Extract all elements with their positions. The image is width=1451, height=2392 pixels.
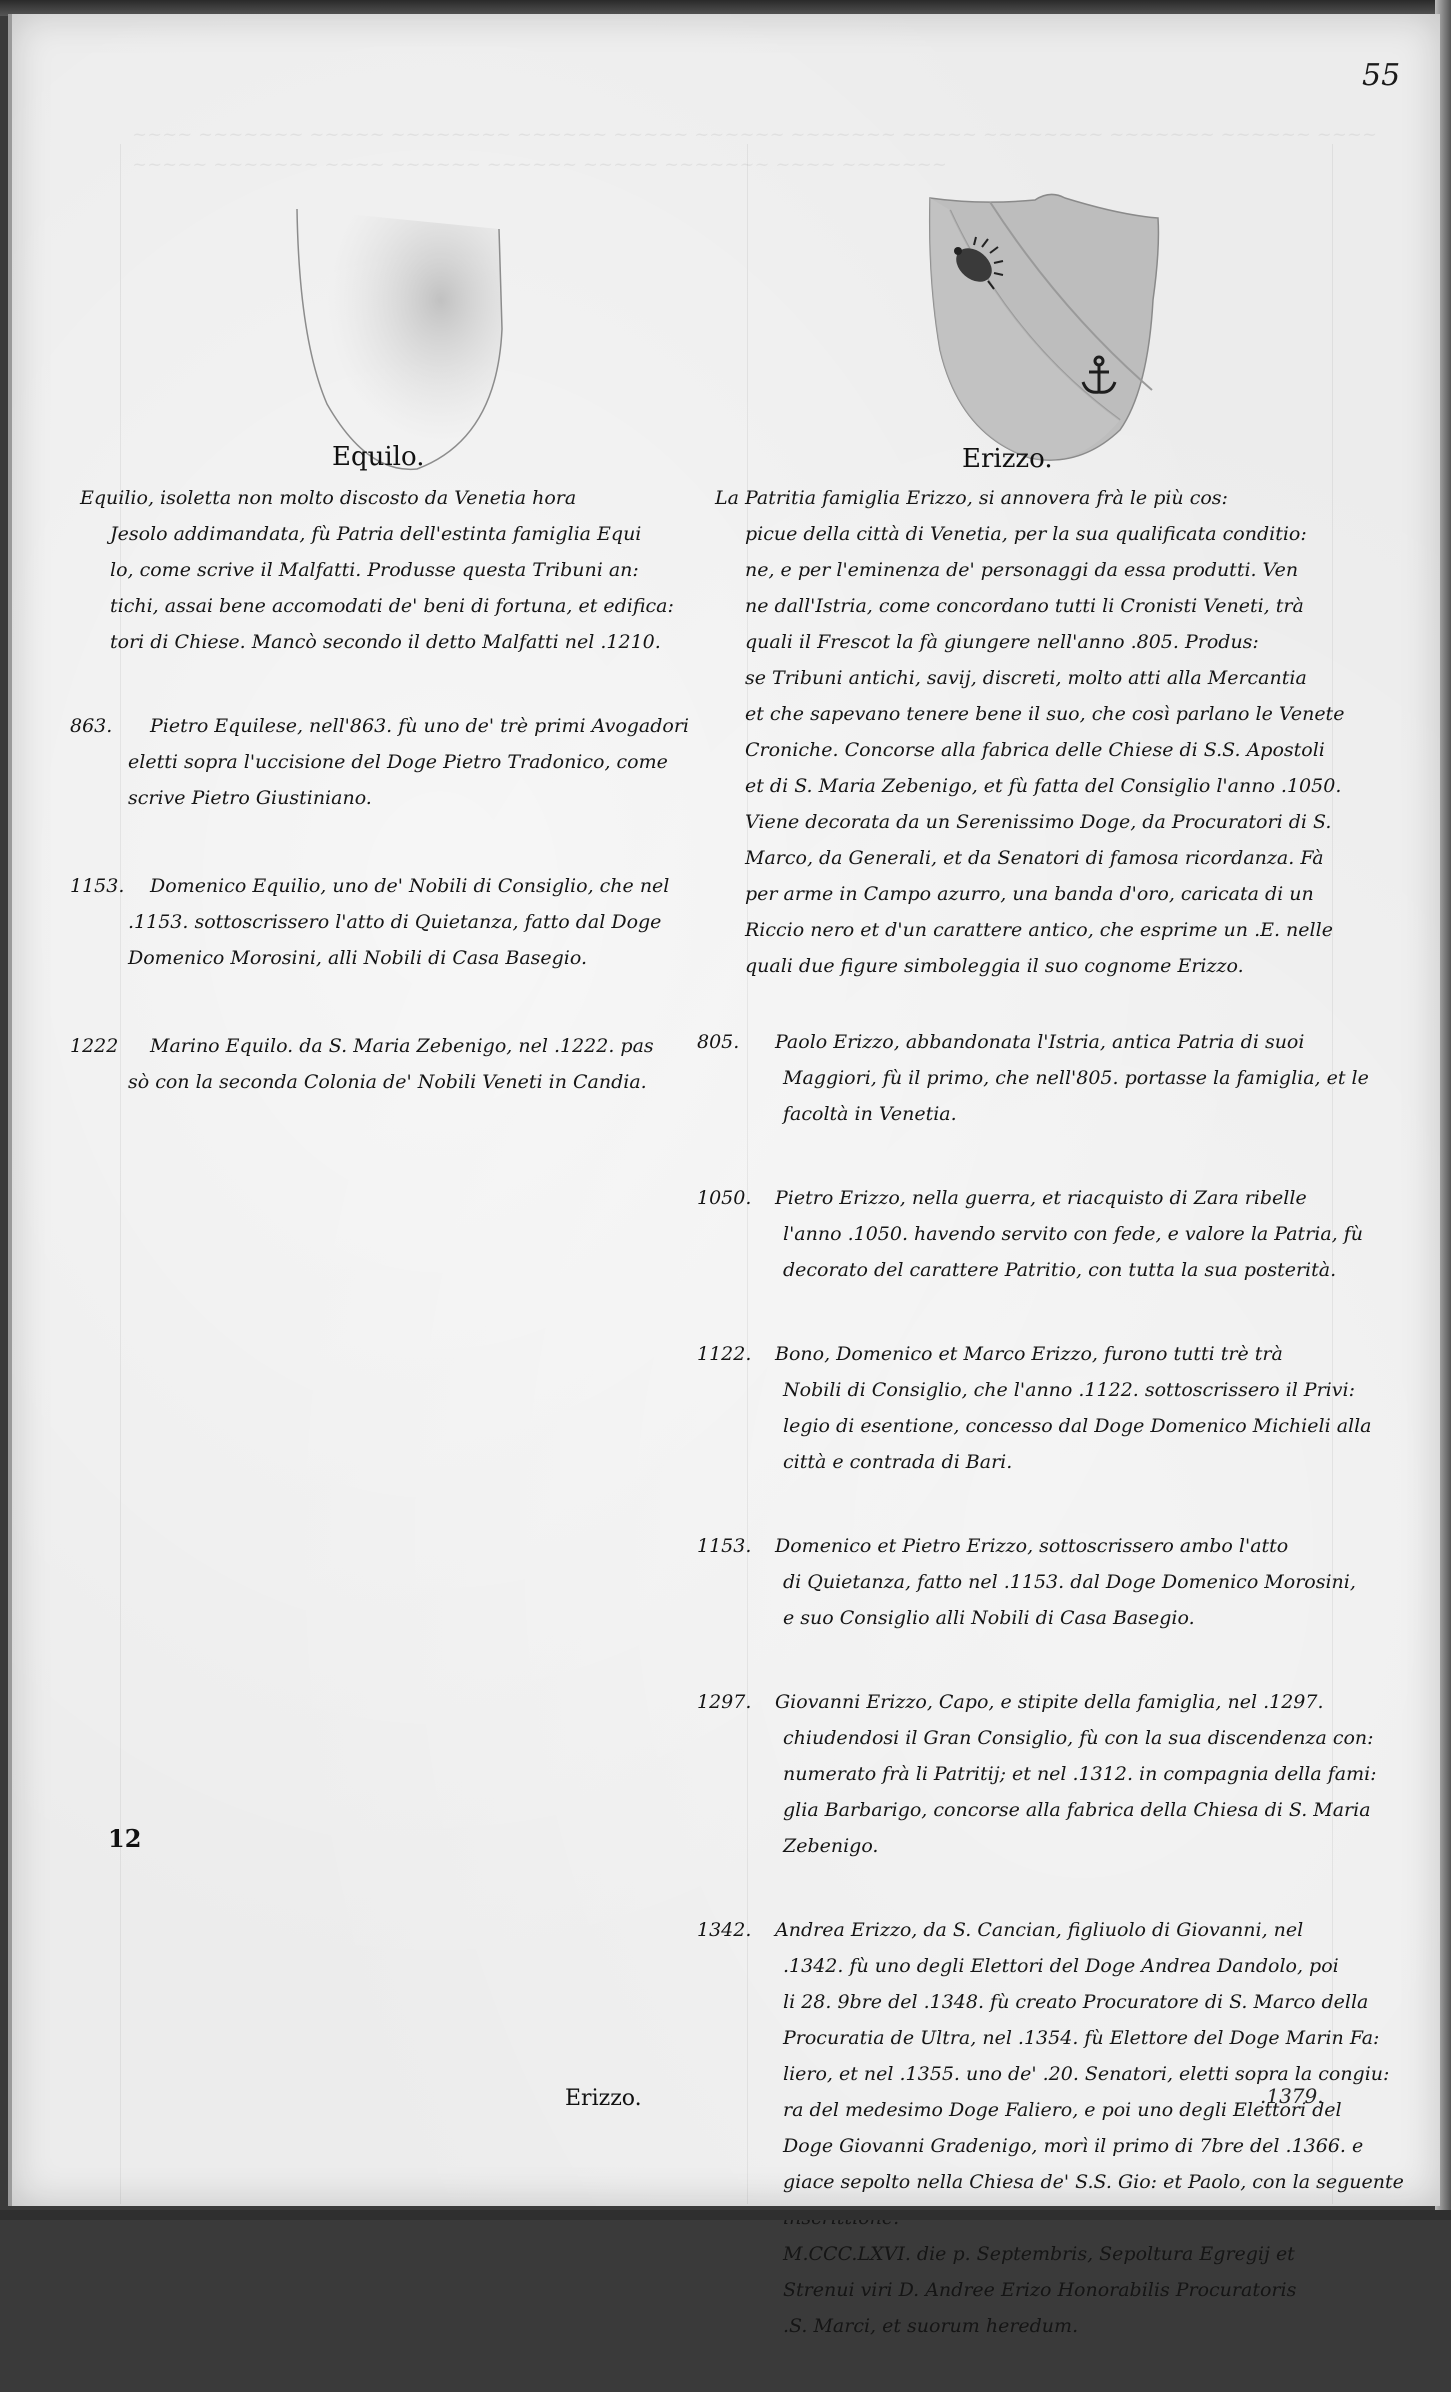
text-line: Doge Giovanni Gradenigo, morì il primo d… [783, 2128, 1397, 2164]
erizzo-entry: 1153. Domenico et Pietro Erizzo, sottosc… [717, 1528, 1397, 1636]
text-line: decorato del carattere Patritio, con tut… [783, 1252, 1397, 1288]
text-line: Zebenigo. [783, 1828, 1397, 1864]
erizzo-entry: 1050. Pietro Erizzo, nella guerra, et ri… [717, 1180, 1397, 1288]
text-line: e suo Consiglio alli Nobili di Casa Base… [783, 1600, 1397, 1636]
bleed-through-text: ~~~~ ~~~~~~~ ~~~~~ ~~~~~~~~ ~~~~~~ ~~~~~… [132, 124, 1377, 145]
text-line: chiudendosi il Gran Consiglio, fù con la… [783, 1720, 1397, 1756]
text-line: et di S. Maria Zebenigo, et fù fatta del… [745, 768, 1397, 804]
entry-year: 1222 [70, 1028, 118, 1064]
text-line: glia Barbarigo, concorse alla fabrica de… [783, 1792, 1397, 1828]
text-line: sò con la seconda Colonia de' Nobili Ven… [128, 1064, 680, 1100]
equilo-entry: 1153. Domenico Equilio, uno de' Nobili d… [80, 868, 680, 976]
text-line: .1153. sottoscrissero l'atto di Quietanz… [128, 904, 680, 940]
entry-year: 805. [697, 1024, 739, 1060]
text-line: Domenico Equilio, uno de' Nobili di Cons… [150, 868, 680, 904]
text-line: per arme in Campo azurro, una banda d'or… [745, 876, 1397, 912]
text-line: Domenico et Pietro Erizzo, sottoscrisser… [775, 1528, 1397, 1564]
text-line: Riccio nero et d'un carattere antico, ch… [745, 912, 1397, 948]
equilo-column: Equilio, isoletta non molto discosto da … [80, 480, 680, 1152]
text-line: Pietro Equilese, nell'863. fù uno de' tr… [150, 708, 680, 744]
text-line: tori di Chiese. Mancò secondo il detto M… [110, 624, 680, 660]
text-line: legio di esentione, concesso dal Doge Do… [783, 1408, 1397, 1444]
erizzo-shield-caption: Erizzo. [962, 444, 1053, 474]
hedgehog-icon [942, 229, 1012, 299]
manuscript-page: ~~~~ ~~~~~~~ ~~~~~ ~~~~~~~~ ~~~~~~ ~~~~~… [8, 14, 1440, 2206]
text-line: giace sepolto nella Chiesa de' S.S. Gio:… [783, 2164, 1397, 2200]
text-line: numerato frà li Patritij; et nel .1312. … [783, 1756, 1397, 1792]
entry-year: 1297. [697, 1684, 751, 1720]
text-line: eletti sopra l'uccisione del Doge Pietro… [128, 744, 680, 780]
erizzo-entry: 1342. Andrea Erizzo, da S. Cancian, figl… [717, 1912, 1397, 2220]
text-line: quali il Frescot la fà giungere nell'ann… [745, 624, 1397, 660]
equilo-intro-paragraph: Equilio, isoletta non molto discosto da … [80, 480, 680, 660]
entry-year: 1153. [70, 868, 124, 904]
scan-bottom-edge [0, 2210, 1451, 2220]
text-line: Equilio, isoletta non molto discosto da … [110, 480, 680, 516]
text-line: Andrea Erizzo, da S. Cancian, figliuolo … [775, 1912, 1397, 1948]
text-line: di Quietanza, fatto nel .1153. dal Doge … [783, 1564, 1397, 1600]
text-line: scrive Pietro Giustiniano. [128, 780, 680, 816]
text-line: La Patritia famiglia Erizzo, si annovera… [745, 480, 1397, 516]
entry-year: 1122. [697, 1336, 751, 1372]
erizzo-entry: 1122. Bono, Domenico et Marco Erizzo, fu… [717, 1336, 1397, 1480]
text-line: l'anno .1050. havendo servito con fede, … [783, 1216, 1397, 1252]
catchword: Erizzo. [565, 2086, 642, 2111]
text-line: quali due figure simboleggia il suo cogn… [745, 948, 1397, 984]
text-line: Pietro Erizzo, nella guerra, et riacquis… [775, 1180, 1397, 1216]
text-line: Viene decorata da un Serenissimo Doge, d… [745, 804, 1397, 840]
text-line: .1342. fù uno degli Elettori del Doge An… [783, 1948, 1397, 1984]
erizzo-entry: 805. Paolo Erizzo, abbandonata l'Istria,… [717, 1024, 1397, 1132]
text-line: Giovanni Erizzo, Capo, e stipite della f… [775, 1684, 1397, 1720]
text-line: facoltà in Venetia. [783, 1096, 1397, 1132]
margin-rule [120, 144, 121, 2204]
entry-year: 1050. [697, 1180, 751, 1216]
anchor-icon [1077, 354, 1121, 398]
folio-number: 55 [1362, 58, 1400, 93]
text-line: ne dall'Istria, come concordano tutti li… [745, 588, 1397, 624]
equilo-coat-of-arms-icon [287, 189, 517, 479]
bleed-through-text: ~~~~~ ~~~~~~~ ~~~~ ~~~~~~ ~~~~~~ ~~~~~ ~… [132, 154, 947, 175]
text-line: tichi, assai bene accomodati de' beni di… [110, 588, 680, 624]
text-line: Croniche. Concorse alla fabrica delle Ch… [745, 732, 1397, 768]
text-line: Marino Equilo. da S. Maria Zebenigo, nel… [150, 1028, 680, 1064]
closing-year: .1379. [1260, 2084, 1324, 2108]
margin-mark: 12 [108, 1824, 141, 1853]
equilo-entry: 1222 Marino Equilo. da S. Maria Zebenigo… [80, 1028, 680, 1100]
text-line: Marco, da Generali, et da Senatori di fa… [745, 840, 1397, 876]
equilo-entry: 863. Pietro Equilese, nell'863. fù uno d… [80, 708, 680, 816]
entry-year: 1342. [697, 1912, 751, 1948]
text-line: Nobili di Consiglio, che l'anno .1122. s… [783, 1372, 1397, 1408]
text-line: picue della città di Venetia, per la sua… [745, 516, 1397, 552]
text-line: Paolo Erizzo, abbandonata l'Istria, anti… [775, 1024, 1397, 1060]
text-line: lo, come scrive il Malfatti. Produsse qu… [110, 552, 680, 588]
text-line: Maggiori, fù il primo, che nell'805. por… [783, 1060, 1397, 1096]
entry-year: 1153. [697, 1528, 751, 1564]
entry-year: 863. [70, 708, 112, 744]
text-line: li 28. 9bre del .1348. fù creato Procura… [783, 1984, 1397, 2020]
erizzo-intro-paragraph: La Patritia famiglia Erizzo, si annovera… [717, 480, 1397, 984]
text-line: Bono, Domenico et Marco Erizzo, furono t… [775, 1336, 1397, 1372]
text-line: se Tribuni antichi, savij, discreti, mol… [745, 660, 1397, 696]
text-line: città e contrada di Bari. [783, 1444, 1397, 1480]
text-line: Jesolo addimandata, fù Patria dell'estin… [110, 516, 680, 552]
text-line: ne, e per l'eminenza de' personaggi da e… [745, 552, 1397, 588]
equilo-shield-caption: Equilo. [332, 442, 424, 472]
text-line: Procuratia de Ultra, nel .1354. fù Elett… [783, 2020, 1397, 2056]
text-line: et che sapevano tenere bene il suo, che … [745, 696, 1397, 732]
erizzo-entry: 1297. Giovanni Erizzo, Capo, e stipite d… [717, 1684, 1397, 1864]
erizzo-column: La Patritia famiglia Erizzo, si annovera… [717, 480, 1397, 2220]
text-line: Domenico Morosini, alli Nobili di Casa B… [128, 940, 680, 976]
